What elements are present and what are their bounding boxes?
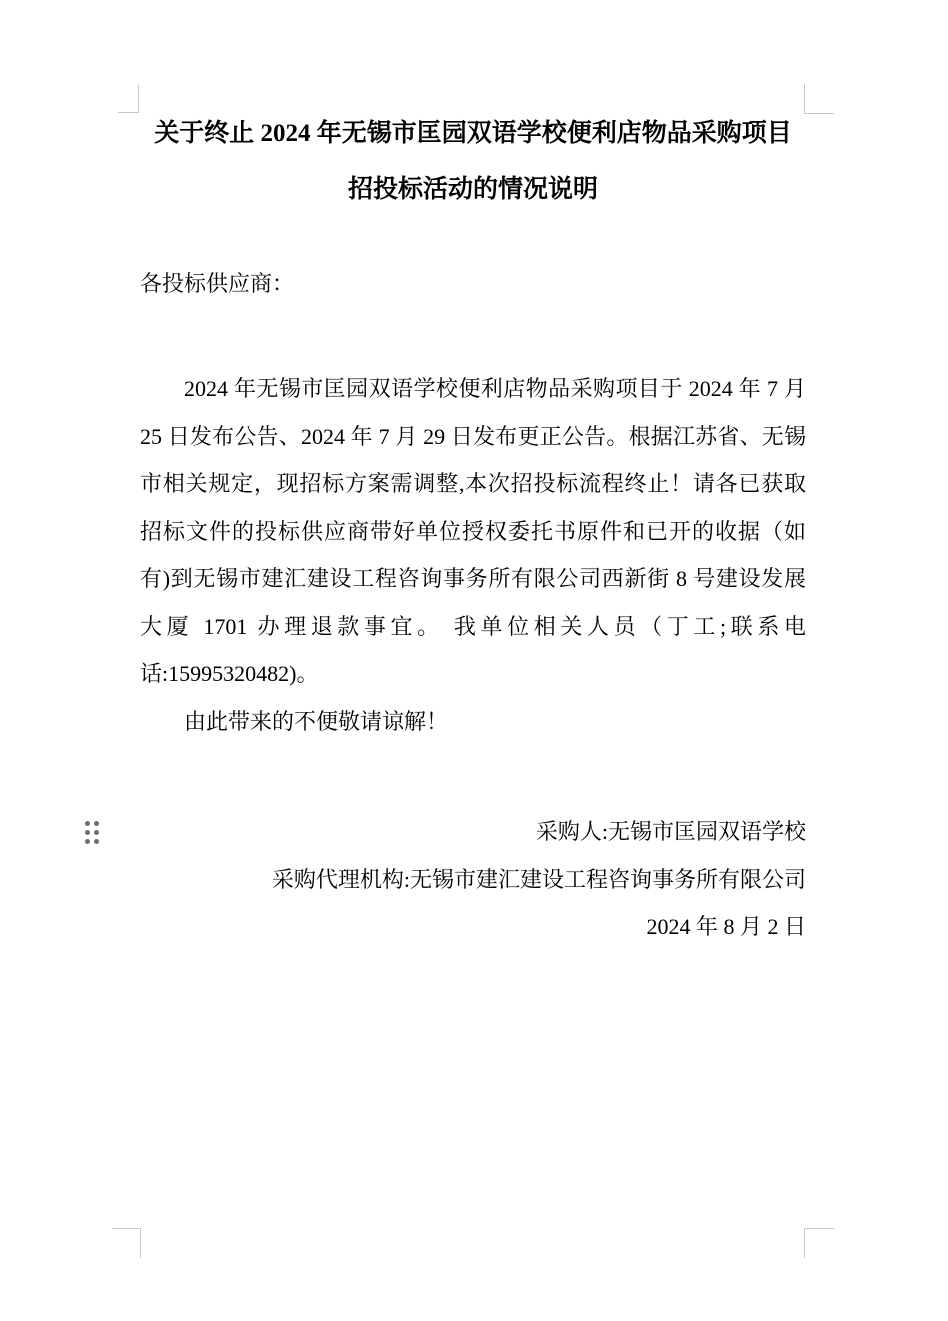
body-line-3: 市相关规定，现招标方案需调整,本次招投标流程终止！请各已获取 <box>140 460 806 508</box>
margin-mark-bottom-right-icon <box>804 1228 834 1258</box>
title-line-2: 招投标活动的情况说明 <box>140 162 806 218</box>
body-line-2: 25 日发布公告、2024 年 7 月 29 日发布更正公告。根据江苏省、无锡 <box>140 413 806 461</box>
title-line-1: 关于终止 2024 年无锡市匡园双语学校便利店物品采购项目 <box>140 106 806 162</box>
body-line-6: 大厦 1701 办理退款事宜。 我单位相关人员（丁工;联系电 <box>140 603 806 651</box>
drag-handle-dot <box>85 830 90 835</box>
drag-handle-icon[interactable] <box>85 821 99 844</box>
agency-line: 采购代理机构:无锡市建汇建设工程咨询事务所有限公司 <box>140 856 806 904</box>
purchaser-line: 采购人:无锡市匡园双语学校 <box>140 808 806 856</box>
margin-mark-bottom-left-icon <box>112 1228 141 1258</box>
body-line-1: 2024 年无锡市匡园双语学校便利店物品采购项目于 2024 年 7 月 <box>140 365 806 413</box>
drag-handle-dot <box>85 839 90 844</box>
body-line-4: 招标文件的投标供应商带好单位授权委托书原件和已开的收据（如 <box>140 508 806 556</box>
body-paragraph: 2024 年无锡市匡园双语学校便利店物品采购项目于 2024 年 7 月 25 … <box>140 365 806 698</box>
drag-handle-dot <box>94 830 99 835</box>
drag-handle-dot <box>94 839 99 844</box>
signature-block: 采购人:无锡市匡园双语学校 采购代理机构:无锡市建汇建设工程咨询事务所有限公司 … <box>140 808 806 951</box>
body-line-7: 话:15995320482)。 <box>140 650 806 698</box>
document-content: 关于终止 2024 年无锡市匡园双语学校便利店物品采购项目 招投标活动的情况说明… <box>140 0 806 951</box>
date-line: 2024 年 8 月 2 日 <box>140 903 806 951</box>
body-line-5: 有)到无锡市建汇建设工程咨询事务所有限公司西新街 8 号建设发展 <box>140 555 806 603</box>
document-page: 关于终止 2024 年无锡市匡园双语学校便利店物品采购项目 招投标活动的情况说明… <box>0 0 948 1321</box>
salutation: 各投标供应商： <box>140 260 806 308</box>
closing-line: 由此带来的不便敬请谅解！ <box>140 698 806 746</box>
margin-mark-top-left-icon <box>118 85 139 113</box>
document-title: 关于终止 2024 年无锡市匡园双语学校便利店物品采购项目 招投标活动的情况说明 <box>140 106 806 218</box>
drag-handle-dot <box>94 821 99 826</box>
drag-handle-dot <box>85 821 90 826</box>
margin-mark-top-right-icon <box>804 84 834 114</box>
